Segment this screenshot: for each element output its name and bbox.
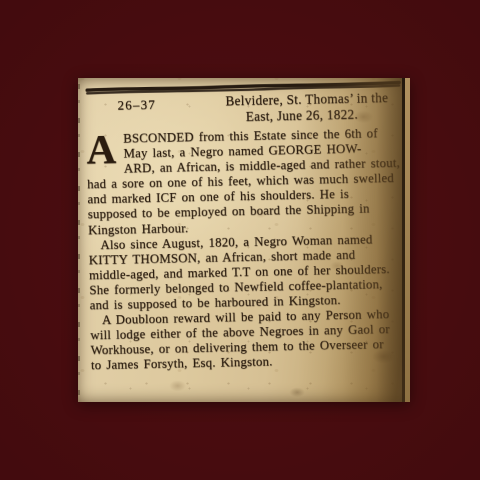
paragraph-kitty-thomson: Also since August, 1820, a Negro Woman n…	[88, 231, 410, 313]
newspaper-clipping: 26–37 Belvidere, St. Thomas’ in the East…	[78, 78, 410, 402]
paragraph-george-howard: A BSCONDED from this Estate since the 6t…	[86, 126, 410, 238]
dateline-date: East, June 26, 1822.	[246, 106, 359, 124]
page-edge-sliver	[405, 78, 410, 402]
advert-body: A BSCONDED from this Estate since the 6t…	[86, 126, 410, 374]
left-column-rule	[78, 84, 80, 396]
drop-cap: A	[86, 134, 119, 165]
photo-background: 26–37 Belvidere, St. Thomas’ in the East…	[0, 0, 480, 480]
notice-number: 26–37	[117, 97, 156, 114]
printed-content: 26–37 Belvidere, St. Thomas’ in the East…	[78, 78, 410, 402]
paragraph-reward: A Doubloon reward will be paid to any Pe…	[90, 307, 410, 374]
